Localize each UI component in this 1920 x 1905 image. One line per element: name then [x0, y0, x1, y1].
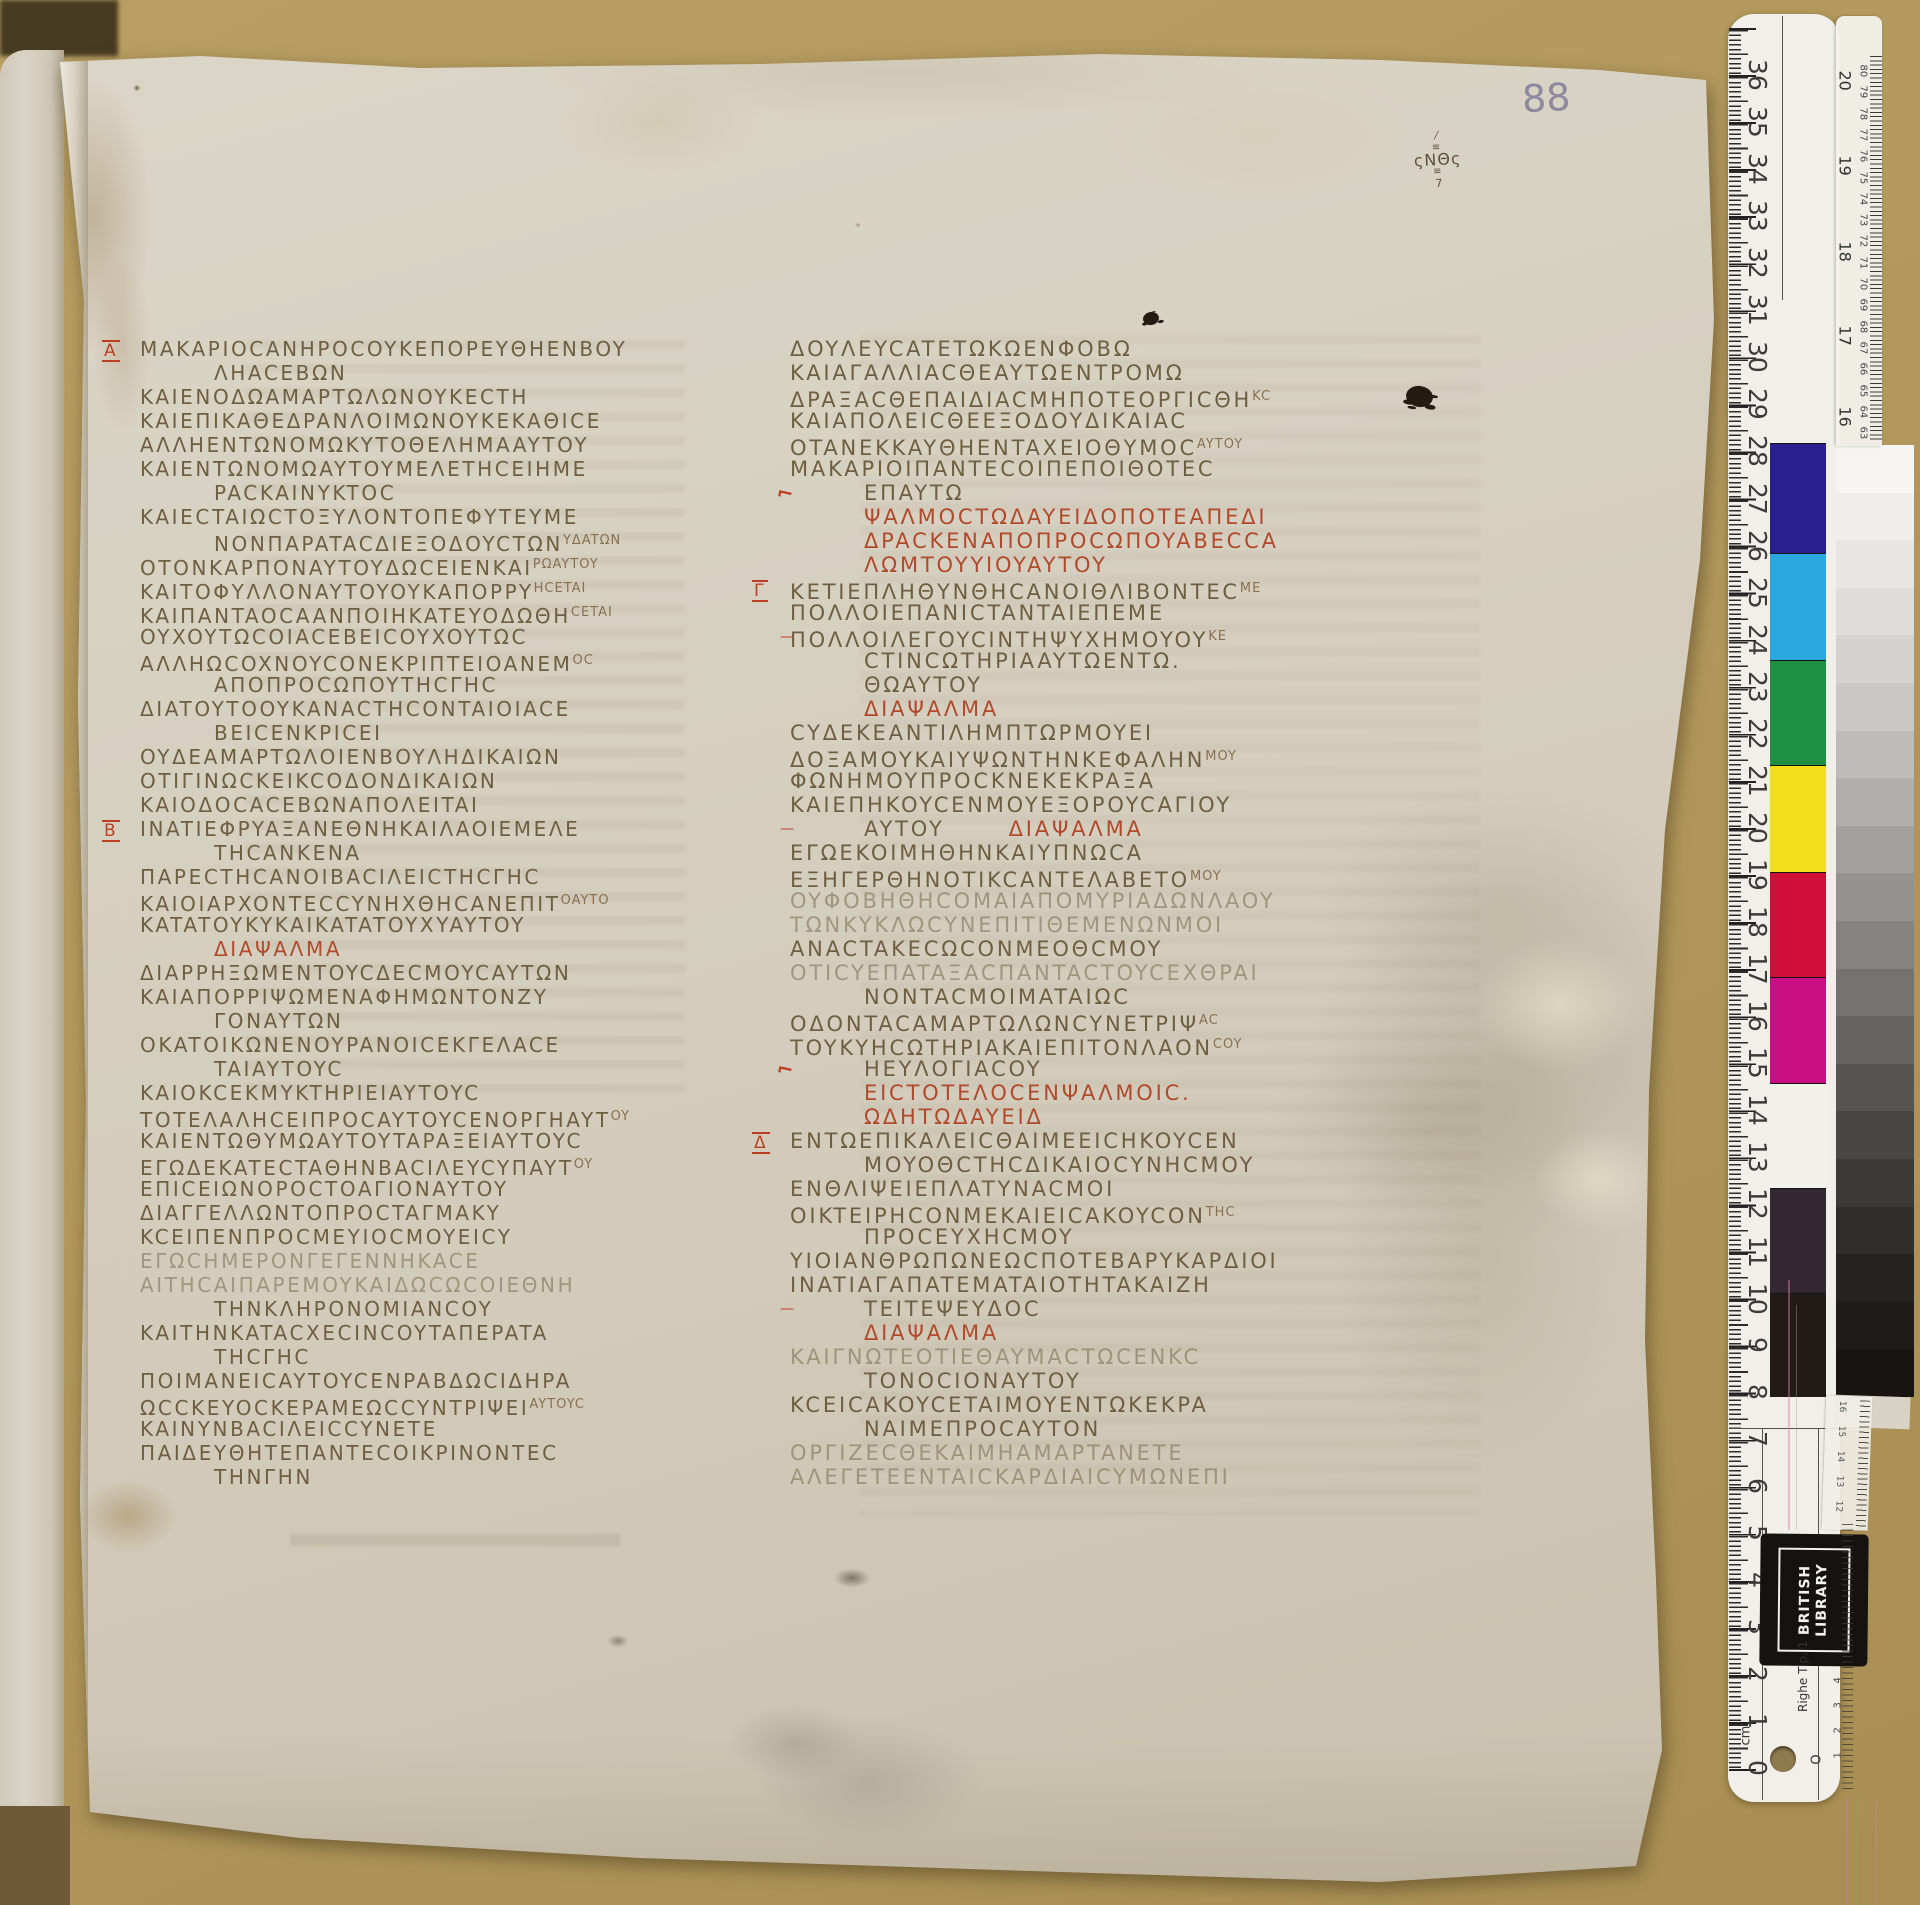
- manuscript-line: NONΠAPATACΔIEΞOΔOYCTΩNYΔATΩN: [214, 530, 621, 555]
- manuscript-line: EΓΩΔEKATECTAΘHNBACIΛEYCYΠAYTOY: [140, 1154, 593, 1179]
- body-text: ΔIATOYTOOYKANACTHCONTAIOIACE: [140, 697, 571, 721]
- manuscript-line: ΓKETIEΠΛHΘYNΘHCANOIΘΛIBONTECME: [790, 578, 1261, 603]
- overlay-mm-number: 73: [1858, 214, 1869, 228]
- grayscale-step: [1836, 1016, 1914, 1064]
- manuscript-line: OPΓIZECΘEKAIMHAMAPTANETE: [790, 1442, 1184, 1464]
- body-text: THNKΛHPONOMIANCOY: [214, 1297, 493, 1321]
- ruler-cm-number: 9: [1745, 1330, 1769, 1360]
- manuscript-line: AΛΛHENTΩNOMΩKYTOΘEΛHMAAYTOY: [140, 434, 589, 456]
- overlay-mm-number: 65: [1858, 384, 1869, 398]
- manuscript-line: OTANEKKAYΘHENTAXEIOΘYMOCAYTOY: [790, 434, 1243, 459]
- body-text: KAIENTΩNOMΩAYTOYMEΛETHCEIHME: [140, 457, 588, 481]
- marginal-mark: —: [780, 820, 794, 838]
- overlay-cm-number: 17: [1836, 326, 1855, 348]
- ruler-cm-number: 14: [1745, 1094, 1769, 1124]
- superscript-ending: CETAI: [571, 605, 613, 620]
- manuscript-line: OKATOIKΩNENOYPANOICEKΓEΛACE: [140, 1034, 561, 1056]
- superscript-ending: OAYTO: [561, 893, 610, 908]
- manuscript-line: BEICENKPICEI: [214, 722, 383, 744]
- righe-tick-strip: [1842, 1524, 1853, 1792]
- manuscript-line: KATATOYKYKAIKATATOYXYAYTOY: [140, 914, 526, 936]
- body-text: CYΔEKEANTIΛHMΠTΩPMOYEI: [790, 721, 1154, 745]
- ruler-cm-number: 21: [1745, 765, 1769, 795]
- overlay-tip-ticks: [1856, 1400, 1870, 1526]
- manuscript-line: KAITHNKATACXECINCOYTAΠEPATA: [140, 1322, 549, 1344]
- body-text: OYXOYTΩCOIACEBEICOYXOYTΩC: [140, 625, 528, 649]
- label-brand-word: LIBRARY: [1814, 1563, 1831, 1637]
- body-text: ΠPOCEYXHCMOY: [864, 1225, 1075, 1249]
- rubric-text: ΔIAΨAΛMA: [864, 697, 999, 721]
- manuscript-line: —AYTOYΔIAΨAΛMA: [864, 818, 1144, 840]
- manuscript-line: YIOIANΘPΩΠΩNEΩCΠOTEBAPYKAPΔIOI: [790, 1250, 1279, 1272]
- body-text: KATATOYKYKAIKATATOYXYAYTOY: [140, 913, 526, 937]
- color-patch-green: [1770, 660, 1826, 765]
- manuscript-line: CYΔEKEANTIΛHMΠTΩPMOYEI: [790, 722, 1154, 744]
- manuscript-line: BINATIEΦPYAΞANEΘNHKAIΛAOIEMEΛE: [140, 818, 580, 840]
- manuscript-line: KAINYNBACIΛEICCYNETE: [140, 1418, 438, 1440]
- body-text: INATIAΓAΠATEMATAIOTHTAKAIZH: [790, 1273, 1212, 1297]
- superscript-ending: OC: [573, 653, 594, 668]
- ruler-divider-line: [1782, 16, 1783, 302]
- ruler-cm-number: 13: [1745, 1141, 1769, 1171]
- body-text: ΔIAΓΓEΛΛΩNTOΠPOCTAΓMAKY: [140, 1201, 501, 1225]
- body-text: ΠOΛΛOIEΠANICTANTAIEΠEME: [790, 601, 1165, 625]
- grayscale-step: [1836, 873, 1914, 921]
- body-text: ΔIAPPHΞΩMENTOYCΔECMOYCAYTΩN: [140, 961, 571, 985]
- body-text: AΛΛHENTΩNOMΩKYTOΘEΛHMAAYTOY: [140, 433, 589, 457]
- folio-number: 88: [1521, 75, 1572, 121]
- manuscript-line: AITHCAIΠAPEMOYKAIΔΩCΩCOIEΘNH: [140, 1274, 575, 1296]
- manuscript-line: KAIΓNΩTEOTIEΘAYMACTΩCENKC: [790, 1346, 1201, 1368]
- body-text: KAIOKCEKMYKTHPIEIAYTOYC: [140, 1081, 481, 1105]
- ruler-cm-number: 20: [1745, 812, 1769, 842]
- body-text: EΓΩCHMEPONΓEΓENNHKACE: [140, 1249, 481, 1273]
- body-text: ΠAIΔEYΘHTEΠANTECOIKPINONTEC: [140, 1441, 559, 1465]
- manuscript-line: ΔPACKENAΠOΠPOCΩΠOYABECCA: [864, 530, 1279, 552]
- body-text: MAKAPIOIΠANTECOIΠEΠOIΘOTEC: [790, 457, 1215, 481]
- manuscript-line: ΔIAPPHΞΩMENTOYCΔECMOYCAYTΩN: [140, 962, 571, 984]
- overlay-tip-number: 16: [1837, 1401, 1848, 1417]
- manuscript-line: ΔIAΨAΛMA: [864, 698, 999, 720]
- overlay-mm-number: 69: [1858, 299, 1869, 313]
- overlay-cm-number: 19: [1836, 156, 1855, 178]
- rubric-text: ΔIAΨAΛMA: [214, 937, 342, 961]
- manuscript-line: TONOCIONAYTOY: [864, 1370, 1082, 1392]
- manuscript-line: KAIENTΩΘYMΩAYTOYTAPAΞEIAYTOYC: [140, 1130, 583, 1152]
- body-text: THCANKENA: [214, 841, 362, 865]
- manuscript-line: OTIΓINΩCKEIKCOΔONΔIKAIΩN: [140, 770, 497, 792]
- ruler-cm-number: 7: [1745, 1424, 1769, 1454]
- psalm-number-marginal: Γ: [752, 580, 768, 602]
- color-patch-cyan: [1770, 553, 1826, 660]
- grayscale-step: [1836, 540, 1914, 588]
- manuscript-line: EΓΩCHMEPONΓEΓENNHKACE: [140, 1250, 481, 1272]
- scratch-line: [1788, 1280, 1790, 1530]
- manuscript-line: OTONKAPΠONAYTOYΔΩCEIENKAIPΩAYTOY: [140, 554, 599, 579]
- grayscale-step: [1836, 731, 1914, 779]
- body-text: KAIENOΔΩAMAPTΩΛΩNOYKECTH: [140, 385, 529, 409]
- ruler-cm-number: 36: [1745, 59, 1769, 89]
- ruler-hole: [1770, 1746, 1796, 1772]
- overlay-mm-number: 66: [1858, 363, 1869, 377]
- superscript-ending: HCETAI: [534, 581, 587, 596]
- body-text: AΠOΠPOCΩΠOYTHCΓHC: [214, 673, 498, 697]
- superscript-ending: OY: [574, 1157, 593, 1172]
- grayscale-step: [1836, 921, 1914, 969]
- superscript-ending: MOY: [1190, 869, 1222, 884]
- body-text: NONΠAPATACΔIEΞOΔOYCTΩN: [214, 532, 563, 556]
- color-patch-column: [1770, 300, 1826, 1397]
- body-text: ANACTAKECΩCONMEOΘCMOY: [790, 937, 1163, 961]
- ruler-cm-number: 18: [1745, 906, 1769, 936]
- grayscale-step: [1836, 1159, 1914, 1207]
- color-patch-indigo: [1770, 443, 1826, 553]
- ruler-cm-number: 30: [1745, 341, 1769, 371]
- body-text: KAINYNBACIΛEICCYNETE: [140, 1417, 438, 1441]
- transparent-overlay-ruler-tip: 1615141312: [1822, 1395, 1873, 1531]
- body-text: TΩNKYKΛΩCYNEΠITIΘEMENΩNMOI: [790, 913, 1224, 937]
- manuscript-line: ΘΩAYTOY: [864, 674, 983, 696]
- superscript-ending: KC: [1252, 389, 1271, 404]
- righe-label-text: Righe Tip. 1: [1796, 1641, 1810, 1712]
- body-text: TONOCIONAYTOY: [864, 1369, 1082, 1393]
- color-patch-white: [1770, 300, 1826, 443]
- body-text: NAIMEΠPOCAYTON: [864, 1417, 1101, 1441]
- body-text: KCEICAKOYCETAIMOYENTΩKEKPA: [790, 1393, 1209, 1417]
- body-text: ΠOIMANEICAYTOYCENPABΔΩCIΔHPA: [140, 1369, 572, 1393]
- marginal-mark: ¬: [772, 482, 795, 504]
- manuscript-line: INATIAΓAΠATEMATAIOTHTAKAIZH: [790, 1274, 1212, 1296]
- ruler-cm-number: 23: [1745, 671, 1769, 701]
- overlay-mm-number: 68: [1858, 320, 1869, 334]
- ruler-cm-number: 33: [1745, 200, 1769, 230]
- manuscript-line: MAKAPIOIΠANTECOIΠEΠOIΘOTEC: [790, 458, 1215, 480]
- grayscale-step: [1836, 1349, 1914, 1397]
- marginal-mark: ¬: [772, 1058, 795, 1080]
- psalm-number-marginal: A: [102, 340, 120, 362]
- manuscript-line: EICTOTEΛOCENΨAΛMOIC.: [864, 1082, 1192, 1104]
- label-brand-word: BRITISH: [1797, 1565, 1814, 1635]
- manuscript-line: KAIEΠHKOYCENMOYEΞOPOYCAΓIOY: [790, 794, 1232, 816]
- color-patch-red: [1770, 872, 1826, 977]
- body-text: OKATOIKΩNENOYPANOICEKΓEΛACE: [140, 1033, 561, 1057]
- body-text: CTINCΩTHPIAAYTΩENTΩ.: [864, 649, 1182, 673]
- rubric-text: ΨAΛMOCTΩΔAYEIΔOΠOTEAΠEΔI: [864, 505, 1267, 529]
- rubric-text: ΛΩMTOYYIOYAYTOY: [864, 553, 1108, 577]
- overlay-tip-number: 12: [1833, 1501, 1844, 1517]
- manuscript-line: ΔOYΛEYCATETΩKΩENΦOBΩ: [790, 338, 1133, 360]
- overlay-mm-number: 78: [1858, 107, 1869, 121]
- ruler-cm-number: 15: [1745, 1047, 1769, 1077]
- color-patch-yellow: [1770, 765, 1826, 872]
- grayscale-step: [1836, 826, 1914, 874]
- body-text: AITHCAIΠAPEMOYKAIΔΩCΩCOIEΘNH: [140, 1273, 575, 1297]
- body-text: KAIEΠHKOYCENMOYEΞOPOYCAΓIOY: [790, 793, 1232, 817]
- manuscript-line: EΠICEIΩNOPOCTOAΓIONAYTOY: [140, 1178, 509, 1200]
- manuscript-line: THCANKENA: [214, 842, 362, 864]
- body-text: OYΦOBHΘHCOMAIAΠOMYPIAΔΩNΛAOY: [790, 889, 1276, 913]
- manuscript-line: KAIAΓAΛΛIACΘEAYTΩENTPOMΩ: [790, 362, 1185, 384]
- manuscript-line: ΠPOCEYXHCMOY: [864, 1226, 1075, 1248]
- body-text: ΓONAYTΩN: [214, 1009, 343, 1033]
- manuscript-line: AΠOΠPOCΩΠOYTHCΓHC: [214, 674, 498, 696]
- manuscript-line: OYΔEAMAPTΩΛOIENBOYΛHΔIKAIΩN: [140, 746, 562, 768]
- ruler-cm-number: 31: [1745, 294, 1769, 324]
- superscript-ending: ME: [1240, 581, 1261, 596]
- manuscript-line: ΠOIMANEICAYTOYCENPABΔΩCIΔHPA: [140, 1370, 572, 1392]
- body-text: OPΓIZECΘEKAIMHAMAPTANETE: [790, 1441, 1184, 1465]
- manuscript-line: OΔONTACAMAPTΩΛΩNCYNETPIΨAC: [790, 1010, 1219, 1035]
- grayscale-step: [1836, 1064, 1914, 1112]
- manuscript-line: —ΠOΛΛOIΛEΓOYCINTHΨYXHMOYOYKE: [790, 626, 1227, 651]
- manuscript-line: ENΘΛIΨEIEΠΛATYNACMOI: [790, 1178, 1115, 1200]
- cm-unit-label: cm.: [1738, 1722, 1753, 1746]
- body-text: KAIΓNΩTEOTIEΘAYMACTΩCENKC: [790, 1345, 1201, 1369]
- overlay-mm-number: 74: [1858, 192, 1869, 206]
- grayscale-step: [1836, 635, 1914, 683]
- grayscale-step: [1836, 1207, 1914, 1255]
- body-text: ΦΩNHMOYΠPOCKNEKEKPAΞA: [790, 769, 1156, 793]
- manuscript-line: KAITOΦYΛΛONAYTOYOYKAΠOPPYHCETAI: [140, 578, 586, 603]
- parchment-page: 88 ⁄ ≡ ςΝΘς ≡ 7 AMAKAPIOCANHPOCOYKEΠOPEY…: [0, 0, 1920, 1905]
- manuscript-line: TOTEΛAΛHCEIΠPOCAYTOYCENOPΓHAYTOY: [140, 1106, 630, 1131]
- body-text: KAIAΓAΛΛIACΘEAYTΩENTPOMΩ: [790, 361, 1185, 385]
- ruler-cm-number: 22: [1745, 718, 1769, 748]
- ruler-cm-number: 35: [1745, 106, 1769, 136]
- manuscript-line: TOYKYHCΩTHPIAKAIEΠITONΛAONCOY: [790, 1034, 1242, 1059]
- rubric-text: ΩΔHTΩΔAYEIΔ: [864, 1105, 1044, 1129]
- manuscript-page-wrap: 88 ⁄ ≡ ςΝΘς ≡ 7 AMAKAPIOCANHPOCOYKEΠOPEY…: [0, 0, 1920, 1905]
- overlay-cm-number: 16: [1836, 407, 1855, 429]
- body-text: INATIEΦPYAΞANEΘNHKAIΛAOIEMEΛE: [140, 817, 580, 841]
- ruler-cm-number: 19: [1745, 859, 1769, 889]
- body-text: KAIAΠOPPIΨΩMENAΦHMΩNTONZY: [140, 985, 549, 1009]
- manuscript-line: ΔOΞAMOYKAIYΨΩNTHNKEΦAΛHNMOY: [790, 746, 1237, 771]
- manuscript-line: KAIEΠIKAΘEΔPANΛOIMΩNOYKEKAΘICE: [140, 410, 602, 432]
- overlay-tip-number: 14: [1835, 1451, 1846, 1467]
- manuscript-line: AΛEΓETEENTAICKAPΔIAICYMΩNEΠI: [790, 1466, 1231, 1488]
- ruler-cm-number: 6: [1745, 1471, 1769, 1501]
- rubric-text: ΔIAΨAΛMA: [864, 1321, 999, 1345]
- scratch-line: [1856, 1798, 1857, 1905]
- manuscript-line: KAIOKCEKMYKTHPIEIAYTOYC: [140, 1082, 481, 1104]
- manuscript-line: ΛΩMTOYYIOYAYTOY: [864, 554, 1108, 576]
- body-text: TEITEΨEYΔOC: [864, 1297, 1041, 1321]
- superscript-ending: OY: [611, 1109, 630, 1124]
- grayscale-step: [1836, 683, 1914, 731]
- color-patch-magenta: [1770, 977, 1826, 1083]
- ruler-cm-number: 25: [1745, 577, 1769, 607]
- manuscript-line: OYΦOBHΘHCOMAIAΠOMYPIAΔΩNΛAOY: [790, 890, 1276, 912]
- manuscript-line: OYXOYTΩCOIACEBEICOYXOYTΩC: [140, 626, 528, 648]
- body-text: NONTACMOIMATAIΩC: [864, 985, 1131, 1009]
- body-text: BEICENKPICEI: [214, 721, 383, 745]
- ruler-cm-number: 29: [1745, 388, 1769, 418]
- body-text: ΛHACEBΩN: [214, 361, 347, 385]
- grayscale-step: [1836, 1302, 1914, 1350]
- overlay-ruler-ticks: [1870, 56, 1882, 440]
- grayscale-step: [1836, 969, 1914, 1017]
- body-text: OTIΓINΩCKEIKCOΔONΔIKAIΩN: [140, 769, 497, 793]
- overlay-mm-number: 79: [1858, 86, 1869, 100]
- ruler-cm-number: 32: [1745, 247, 1769, 277]
- manuscript-line: ¬HEYΛOΓIACOY: [864, 1058, 1042, 1080]
- ink-blot: [1142, 310, 1160, 326]
- overlay-mm-number: 70: [1858, 278, 1869, 292]
- body-text: OYΔEAMAPTΩΛOIENBOYΛHΔIKAIΩN: [140, 745, 562, 769]
- superscript-ending: AYTOYC: [529, 1397, 585, 1412]
- body-text: EΠAYTΩ: [864, 481, 964, 505]
- body-text: YIOIANΘPΩΠΩNEΩCΠOTEBAPYKAPΔIOI: [790, 1249, 1279, 1273]
- ink-blot: [1494, 16, 1506, 25]
- body-text: ΔOYΛEYCATETΩKΩENΦOBΩ: [790, 337, 1133, 361]
- superscript-ending: COY: [1213, 1037, 1243, 1052]
- superscript-ending: PΩAYTOY: [533, 557, 599, 572]
- body-text: AYTOY: [864, 817, 945, 841]
- rubric-text: ΔPACKENAΠOΠPOCΩΠOYABECCA: [864, 529, 1279, 553]
- manuscript-line: ANACTAKECΩCONMEOΘCMOY: [790, 938, 1163, 960]
- ruler-cm-ticks: [1729, 28, 1756, 1773]
- manuscript-line: KAIENOΔΩAMAPTΩΛΩNOYKECTH: [140, 386, 529, 408]
- manuscript-line: ΩΔHTΩΔAYEIΔ: [864, 1106, 1044, 1128]
- manuscript-line: AMAKAPIOCANHPOCOYKEΠOPEYΘHENBOY: [140, 338, 627, 360]
- manuscript-line: ΓONAYTΩN: [214, 1010, 343, 1032]
- body-text: KAIEΠIKAΘEΔPANΛOIMΩNOYKEKAΘICE: [140, 409, 602, 433]
- body-text: EΓΩEKOIMHΘHNKAIYΠNΩCA: [790, 841, 1144, 865]
- manuscript-line: KAIENTΩNOMΩAYTOYMEΛETHCEIHME: [140, 458, 588, 480]
- superscript-ending: AC: [1199, 1013, 1219, 1028]
- superscript-ending: KE: [1208, 629, 1227, 644]
- manuscript-line: ΔIAΓΓEΛΛΩNTOΠPOCTAΓMAKY: [140, 1202, 501, 1224]
- manuscript-line: KAIECTAIΩCTOΞYΛONTOΠEΦYTEYME: [140, 506, 579, 528]
- color-patch-dark-plum: [1770, 1188, 1826, 1293]
- scratch-line: [1846, 1798, 1848, 1905]
- body-text: ΠAPECTHCANOIBACIΛEICTHCΓHC: [140, 865, 541, 889]
- superscript-ending: AYTOY: [1197, 437, 1243, 452]
- grayscale-step: [1836, 445, 1914, 493]
- body-text: KAIOΔOCACEBΩNAΠOΛEITAI: [140, 793, 480, 817]
- overlay-mm-number: 64: [1858, 405, 1869, 419]
- manuscript-line: KAIΠANTAOCAANΠOIHKATEYOΔΩΘHCETAI: [140, 602, 613, 627]
- manuscript-line: NONTACMOIMATAIΩC: [864, 986, 1131, 1008]
- overlay-tip-number: 13: [1834, 1476, 1845, 1492]
- body-text: KAITHNKATACXECINCOYTAΠEPATA: [140, 1321, 549, 1345]
- manuscript-line: ΛHACEBΩN: [214, 362, 347, 384]
- manuscript-line: ΩCCKEYOCKEPAMEΩCCYNTPIΨEIAYTOYC: [140, 1394, 585, 1419]
- grayscale-step-wedge: [1836, 445, 1914, 1397]
- grayscale-step: [1836, 778, 1914, 826]
- body-text: TAIAYTOYC: [214, 1057, 344, 1081]
- marginal-mark: —: [780, 628, 794, 646]
- body-text: KAITOΦYΛΛONAYTOYOYKAΠOPPY: [140, 580, 534, 604]
- manuscript-line: TAIAYTOYC: [214, 1058, 344, 1080]
- overlay-mm-number: 63: [1858, 427, 1869, 441]
- manuscript-line: —TEITEΨEYΔOC: [864, 1298, 1041, 1320]
- scratch-line: [1796, 1305, 1797, 1530]
- body-text: THCΓHC: [214, 1345, 311, 1369]
- overlay-mm-number: 80: [1858, 65, 1869, 79]
- manuscript-line: KAIOIAPXONTECCYNHXΘHCANEΠITOAYTO: [140, 890, 610, 915]
- manuscript-line: OIKTEIPHCONMEKAIEICAKOYCONTHC: [790, 1202, 1236, 1227]
- overlay-mm-number: 72: [1858, 235, 1869, 249]
- manuscript-line: THNKΛHPONOMIANCOY: [214, 1298, 493, 1320]
- ruler-cm-number: 26: [1745, 530, 1769, 560]
- body-text: KAIAΠOΛEICΘEEΞOΔOYΔIKAIAC: [790, 409, 1188, 433]
- manuscript-line: PACKAINYKTOC: [214, 482, 396, 504]
- manuscript-line: THNΓHN: [214, 1466, 313, 1488]
- manuscript-line: ΔPAΞACΘEΠAIΔIACMHΠOTEOPΓICΘHKC: [790, 386, 1271, 411]
- body-text: ΘΩAYTOY: [864, 673, 983, 697]
- scratch-line: [1876, 1798, 1877, 1905]
- body-text: HEYΛOΓIACOY: [864, 1057, 1042, 1081]
- verso-showthrough: [290, 1534, 620, 1546]
- ruler-cm-number: 24: [1745, 624, 1769, 654]
- superscript-ending: THC: [1206, 1205, 1236, 1220]
- ruler-cm-number: 34: [1745, 153, 1769, 183]
- body-text: ENTΩEΠIKAΛEICΘAIMEEICHKOYCEN: [790, 1129, 1239, 1153]
- body-text: OTICYEΠATAΞACΠANTACTOYCEXΘPAI: [790, 961, 1260, 985]
- manuscript-line: EΞHΓEPΘHNOTIKCANTEΛABETOMOY: [790, 866, 1222, 891]
- manuscript-line: KCEIΠENΠPOCMEYIOCMOYEICY: [140, 1226, 513, 1248]
- manuscript-line: ΨAΛMOCTΩΔAYEIΔOΠOTEAΠEΔI: [864, 506, 1267, 528]
- manuscript-line: KAIAΠOΛEICΘEEΞOΔOYΔIKAIAC: [790, 410, 1188, 432]
- superscript-ending: MOY: [1205, 749, 1237, 764]
- manuscript-line: AΛΛHΩCOXNOYCONEKPIΠTEIOANEMOC: [140, 650, 594, 675]
- psalm-number-marginal: Δ: [752, 1132, 770, 1154]
- superscript-ending: YΔATΩN: [563, 533, 621, 548]
- body-text: KCEIΠENΠPOCMEYIOCMOYEICY: [140, 1225, 513, 1249]
- manuscript-line: ΔENTΩEΠIKAΛEICΘAIMEEICHKOYCEN: [790, 1130, 1239, 1152]
- overlay-zero: O: [1810, 1754, 1825, 1764]
- overlay-mm-number: 75: [1858, 171, 1869, 185]
- body-text: THNΓHN: [214, 1465, 313, 1489]
- body-text: MAKAPIOCANHPOCOYKEΠOPEYΘHENBOY: [140, 337, 627, 361]
- manuscript-line: ΠAPECTHCANOIBACIΛEICTHCΓHC: [140, 866, 541, 888]
- transparent-overlay-ruler-top: 2019181716 80797877767574737271706968676…: [1836, 16, 1882, 446]
- quire-mark-flourish: 7: [1415, 177, 1463, 191]
- color-patch-white-2: [1770, 1083, 1826, 1188]
- manuscript-line: KCEICAKOYCETAIMOYENTΩKEKPA: [790, 1394, 1209, 1416]
- body-text: MOYOΘCTHCΔIKAIOCYNHCMOY: [864, 1153, 1255, 1177]
- ruler-cm-number: 27: [1745, 483, 1769, 513]
- manuscript-line: ΠOΛΛOIEΠANICTANTAIEΠEME: [790, 602, 1165, 624]
- label-text: BRITISHLIBRARY: [1797, 1563, 1832, 1637]
- ruler-cm-number: 16: [1745, 1000, 1769, 1030]
- ruler-cm-number: 11: [1745, 1236, 1769, 1266]
- body-text: OΔONTACAMAPTΩΛΩNCYNETPIΨ: [790, 1012, 1199, 1036]
- manuscript-line: KAIOΔOCACEBΩNAΠOΛEITAI: [140, 794, 480, 816]
- overlay-mm-number: 76: [1858, 150, 1869, 164]
- manuscript-line: CTINCΩTHPIAAYTΩENTΩ.: [864, 650, 1182, 672]
- manuscript-line: ΠAIΔEYΘHTEΠANTECOIKPINONTEC: [140, 1442, 559, 1464]
- manuscript-line: MOYOΘCTHCΔIKAIOCYNHCMOY: [864, 1154, 1255, 1176]
- manuscript-photograph: 88 ⁄ ≡ ςΝΘς ≡ 7 AMAKAPIOCANHPOCOYKEΠOPEY…: [0, 0, 1920, 1905]
- body-text: OTONKAPΠONAYTOYΔΩCEIENKAI: [140, 556, 533, 580]
- quire-mark: ⁄ ≡ ςΝΘς ≡ 7: [1412, 129, 1462, 191]
- grayscale-step: [1836, 1254, 1914, 1302]
- grayscale-step: [1836, 1111, 1914, 1159]
- ruler-cm-number: 12: [1745, 1188, 1769, 1218]
- color-patch-black-brown: [1770, 1293, 1826, 1397]
- body-text: ENΘΛIΨEIEΠΛATYNACMOI: [790, 1177, 1115, 1201]
- ruler-cm-number: 10: [1745, 1283, 1769, 1313]
- body-text: KAIECTAIΩCTOΞYΛONTOΠEΦYTEYME: [140, 505, 579, 529]
- ruler-cm-number: 17: [1745, 953, 1769, 983]
- body-text: PACKAINYKTOC: [214, 481, 396, 505]
- manuscript-line: OTICYEΠATAΞACΠANTACTOYCEXΘPAI: [790, 962, 1260, 984]
- manuscript-line: ΔIAΨAΛMA: [214, 938, 342, 960]
- manuscript-line: ΦΩNHMOYΠPOCKNEKEKPAΞA: [790, 770, 1156, 792]
